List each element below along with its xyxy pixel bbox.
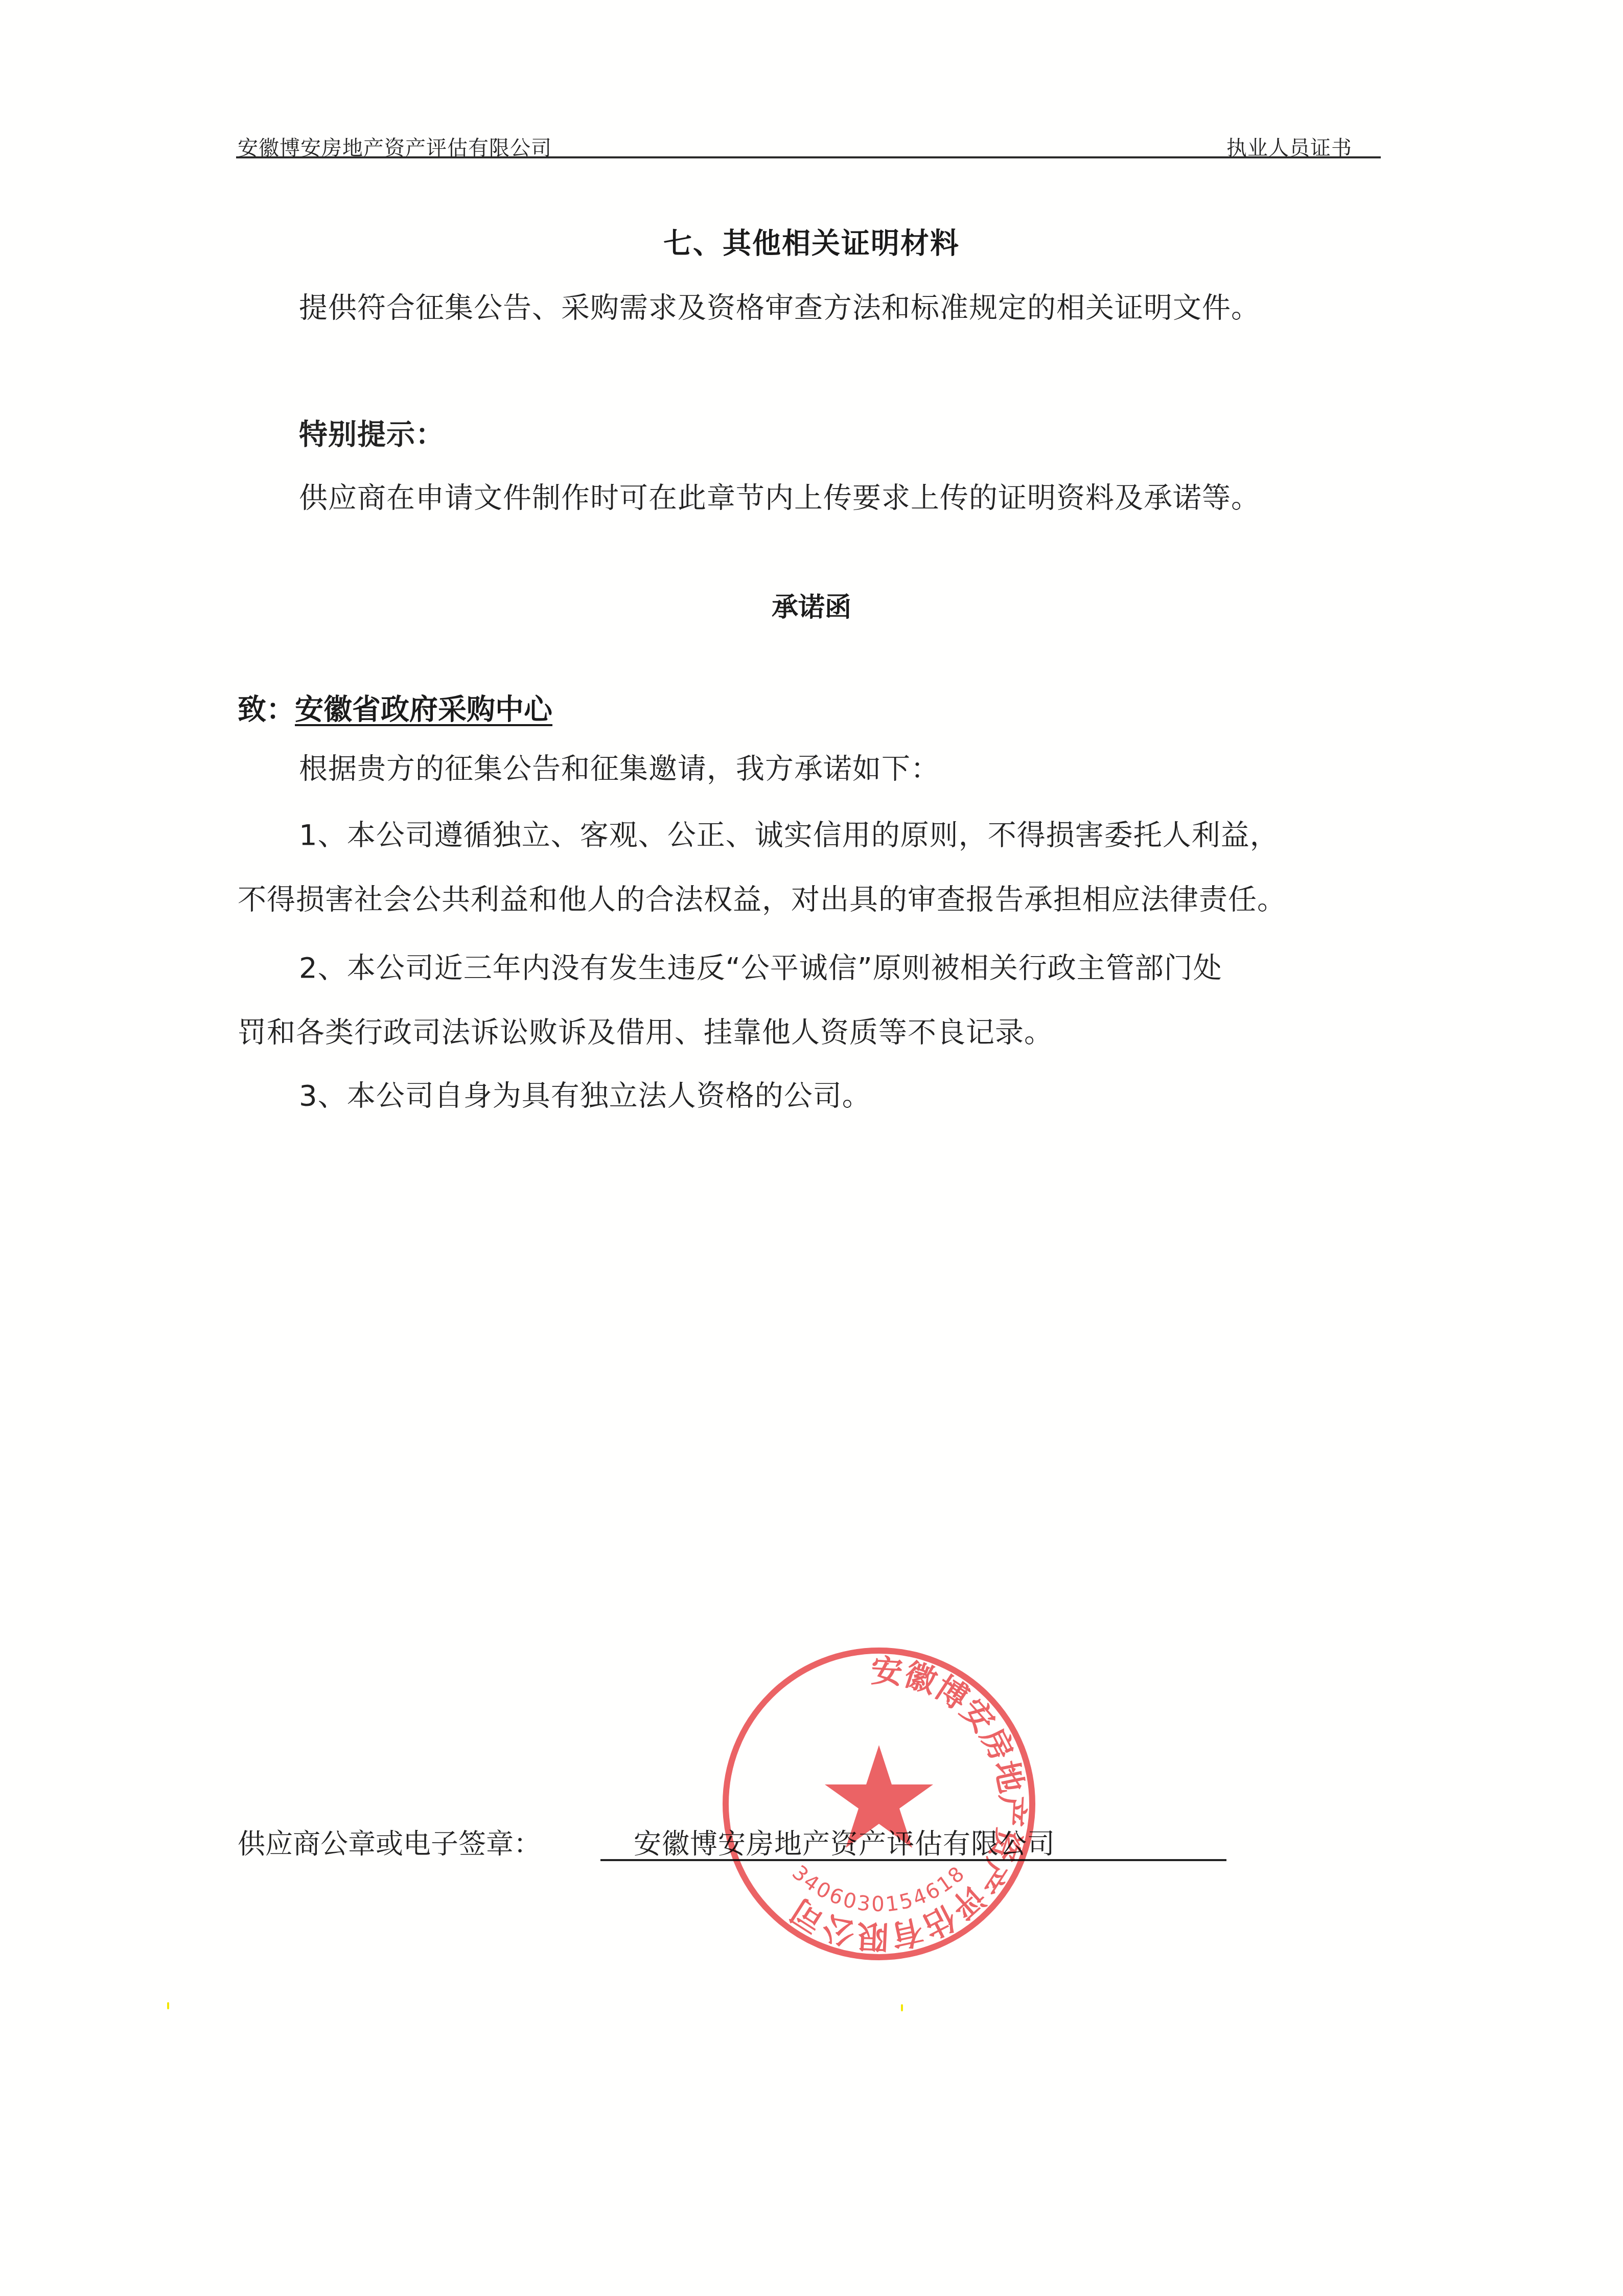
section-title: 七、其他相关证明材料 [0,221,1623,262]
header-divider [236,156,1381,158]
commitment-item-1-line-1: 1、本公司遵循独立、客观、公正、诚实信用的原则，不得损害委托人利益， [299,813,1279,853]
letter-title: 承诺函 [0,586,1623,624]
notice-text: 供应商在申请文件制作时可在此章节内上传要求上传的证明资料及承诺等。 [299,475,1260,516]
letter-intro: 根据贵方的征集公告和征集邀请，我方承诺如下： [299,746,940,787]
scan-speck [167,2002,169,2009]
document-page: 安徽博安房地产资产评估有限公司 执业人员证书 七、其他相关证明材料 提供符合征集… [0,0,1623,2296]
commitment-item-2-line-2: 罚和各类行政司法诉讼败诉及借用、挂靠他人资质等不良记录。 [238,1010,1053,1051]
star-icon [825,1745,933,1848]
commitment-item-3: 3、本公司自身为具有独立法人资格的公司。 [299,1073,871,1114]
company-seal-stamp: 安徽博安房地产资产评估有限公司 3406030154618 [715,1640,1042,1967]
commitment-item-2-line-1: 2、本公司近三年内没有发生违反“公平诚信”原则被相关行政主管部门处 [299,945,1222,986]
recipient-prefix: 致： [238,693,295,726]
section-description: 提供符合征集公告、采购需求及资格审查方法和标准规定的相关证明文件。 [299,285,1260,326]
signature-label: 供应商公章或电子签章： [238,1822,541,1862]
scan-speck [901,2004,903,2011]
notice-label: 特别提示： [299,412,445,453]
recipient-name: 安徽省政府采购中心 [295,693,552,726]
commitment-item-1-line-2: 不得损害社会公共利益和他人的合法权益，对出具的审查报告承担相应法律责任。 [238,877,1286,918]
letter-recipient-line: 致：安徽省政府采购中心 [238,687,552,728]
